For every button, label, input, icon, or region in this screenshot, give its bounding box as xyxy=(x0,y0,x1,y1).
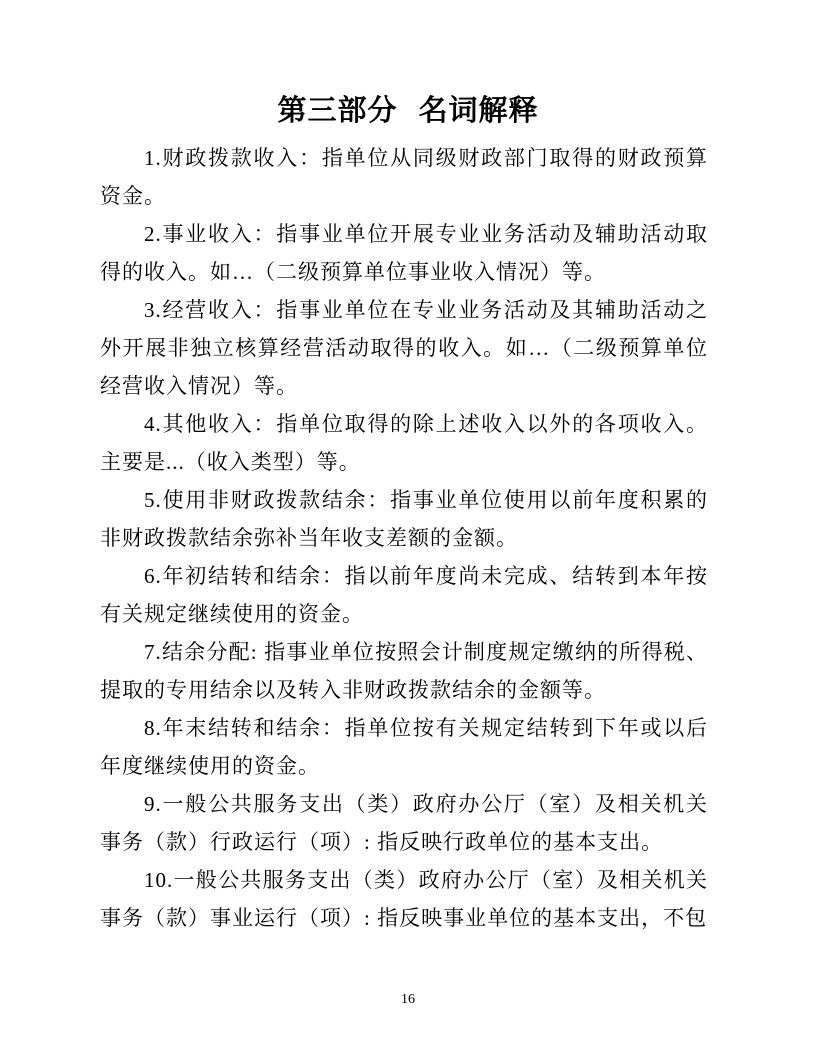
page-number: 16 xyxy=(0,992,816,1008)
term-paragraph-9: 9.一般公共服务支出（类）政府办公厅（室）及相关机关事务（款）行政运行（项）: … xyxy=(100,785,708,861)
term-paragraph-3: 3.经营收入：指事业单位在专业业务活动及其辅助活动之外开展非独立核算经营活动取得… xyxy=(100,291,708,405)
term-paragraph-5: 5.使用非财政拨款结余：指事业单位使用以前年度积累的非财政拨款结余弥补当年收支差… xyxy=(100,481,708,557)
page-title: 第三部分 名词解释 xyxy=(0,94,816,128)
term-paragraph-2: 2.事业收入：指事业单位开展专业业务活动及辅助活动取得的收入。如…（二级预算单位… xyxy=(100,215,708,291)
term-paragraph-1: 1.财政拨款收入：指单位从同级财政部门取得的财政预算资金。 xyxy=(100,139,708,215)
document-body: 1.财政拨款收入：指单位从同级财政部门取得的财政预算资金。 2.事业收入：指事业… xyxy=(100,139,708,937)
term-paragraph-10: 10.一般公共服务支出（类）政府办公厅（室）及相关机关事务（款）事业运行（项）:… xyxy=(100,861,708,937)
term-paragraph-8: 8.年末结转和结余：指单位按有关规定结转到下年或以后年度继续使用的资金。 xyxy=(100,709,708,785)
document-page: 第三部分 名词解释 1.财政拨款收入：指单位从同级财政部门取得的财政预算资金。 … xyxy=(0,0,816,1056)
term-paragraph-4: 4.其他收入：指单位取得的除上述收入以外的各项收入。主要是...（收入类型）等。 xyxy=(100,405,708,481)
term-paragraph-6: 6.年初结转和结余：指以前年度尚未完成、结转到本年按有关规定继续使用的资金。 xyxy=(100,557,708,633)
term-paragraph-7: 7.结余分配: 指事业单位按照会计制度规定缴纳的所得税、提取的专用结余以及转入非… xyxy=(100,633,708,709)
